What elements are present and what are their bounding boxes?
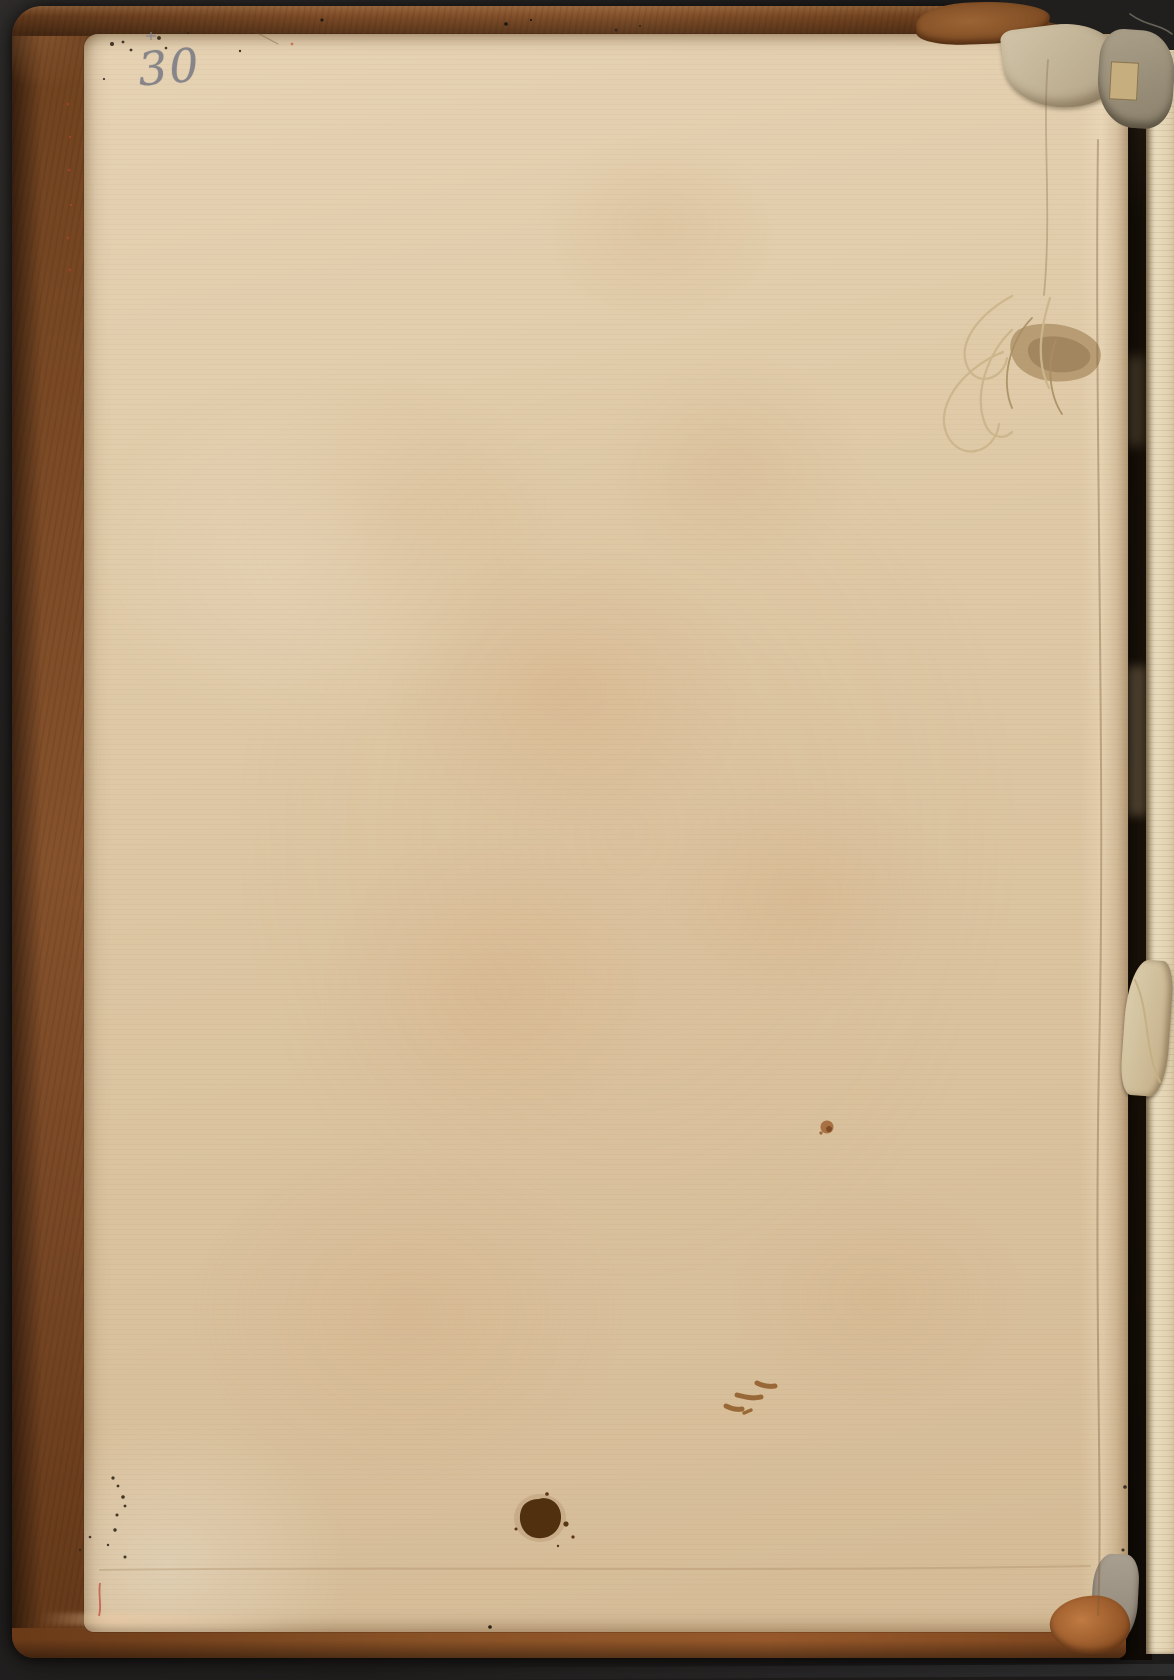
book-photograph: 30 (0, 0, 1174, 1680)
stains-and-threads-overlay (0, 0, 1174, 1680)
crease-lines (100, 30, 1101, 1615)
ink-blot-stain (514, 1492, 575, 1547)
foxing-spot (819, 1121, 833, 1135)
page-number-inscription: 30 (136, 41, 202, 92)
pencil-tick-mark (146, 32, 156, 40)
ink-smudge-stain (726, 1383, 775, 1413)
red-edge-marks (67, 43, 294, 1616)
exposed-binding-patch (1010, 324, 1101, 382)
binding-threads (944, 14, 1172, 1082)
wormhole-specks (79, 19, 1127, 1629)
